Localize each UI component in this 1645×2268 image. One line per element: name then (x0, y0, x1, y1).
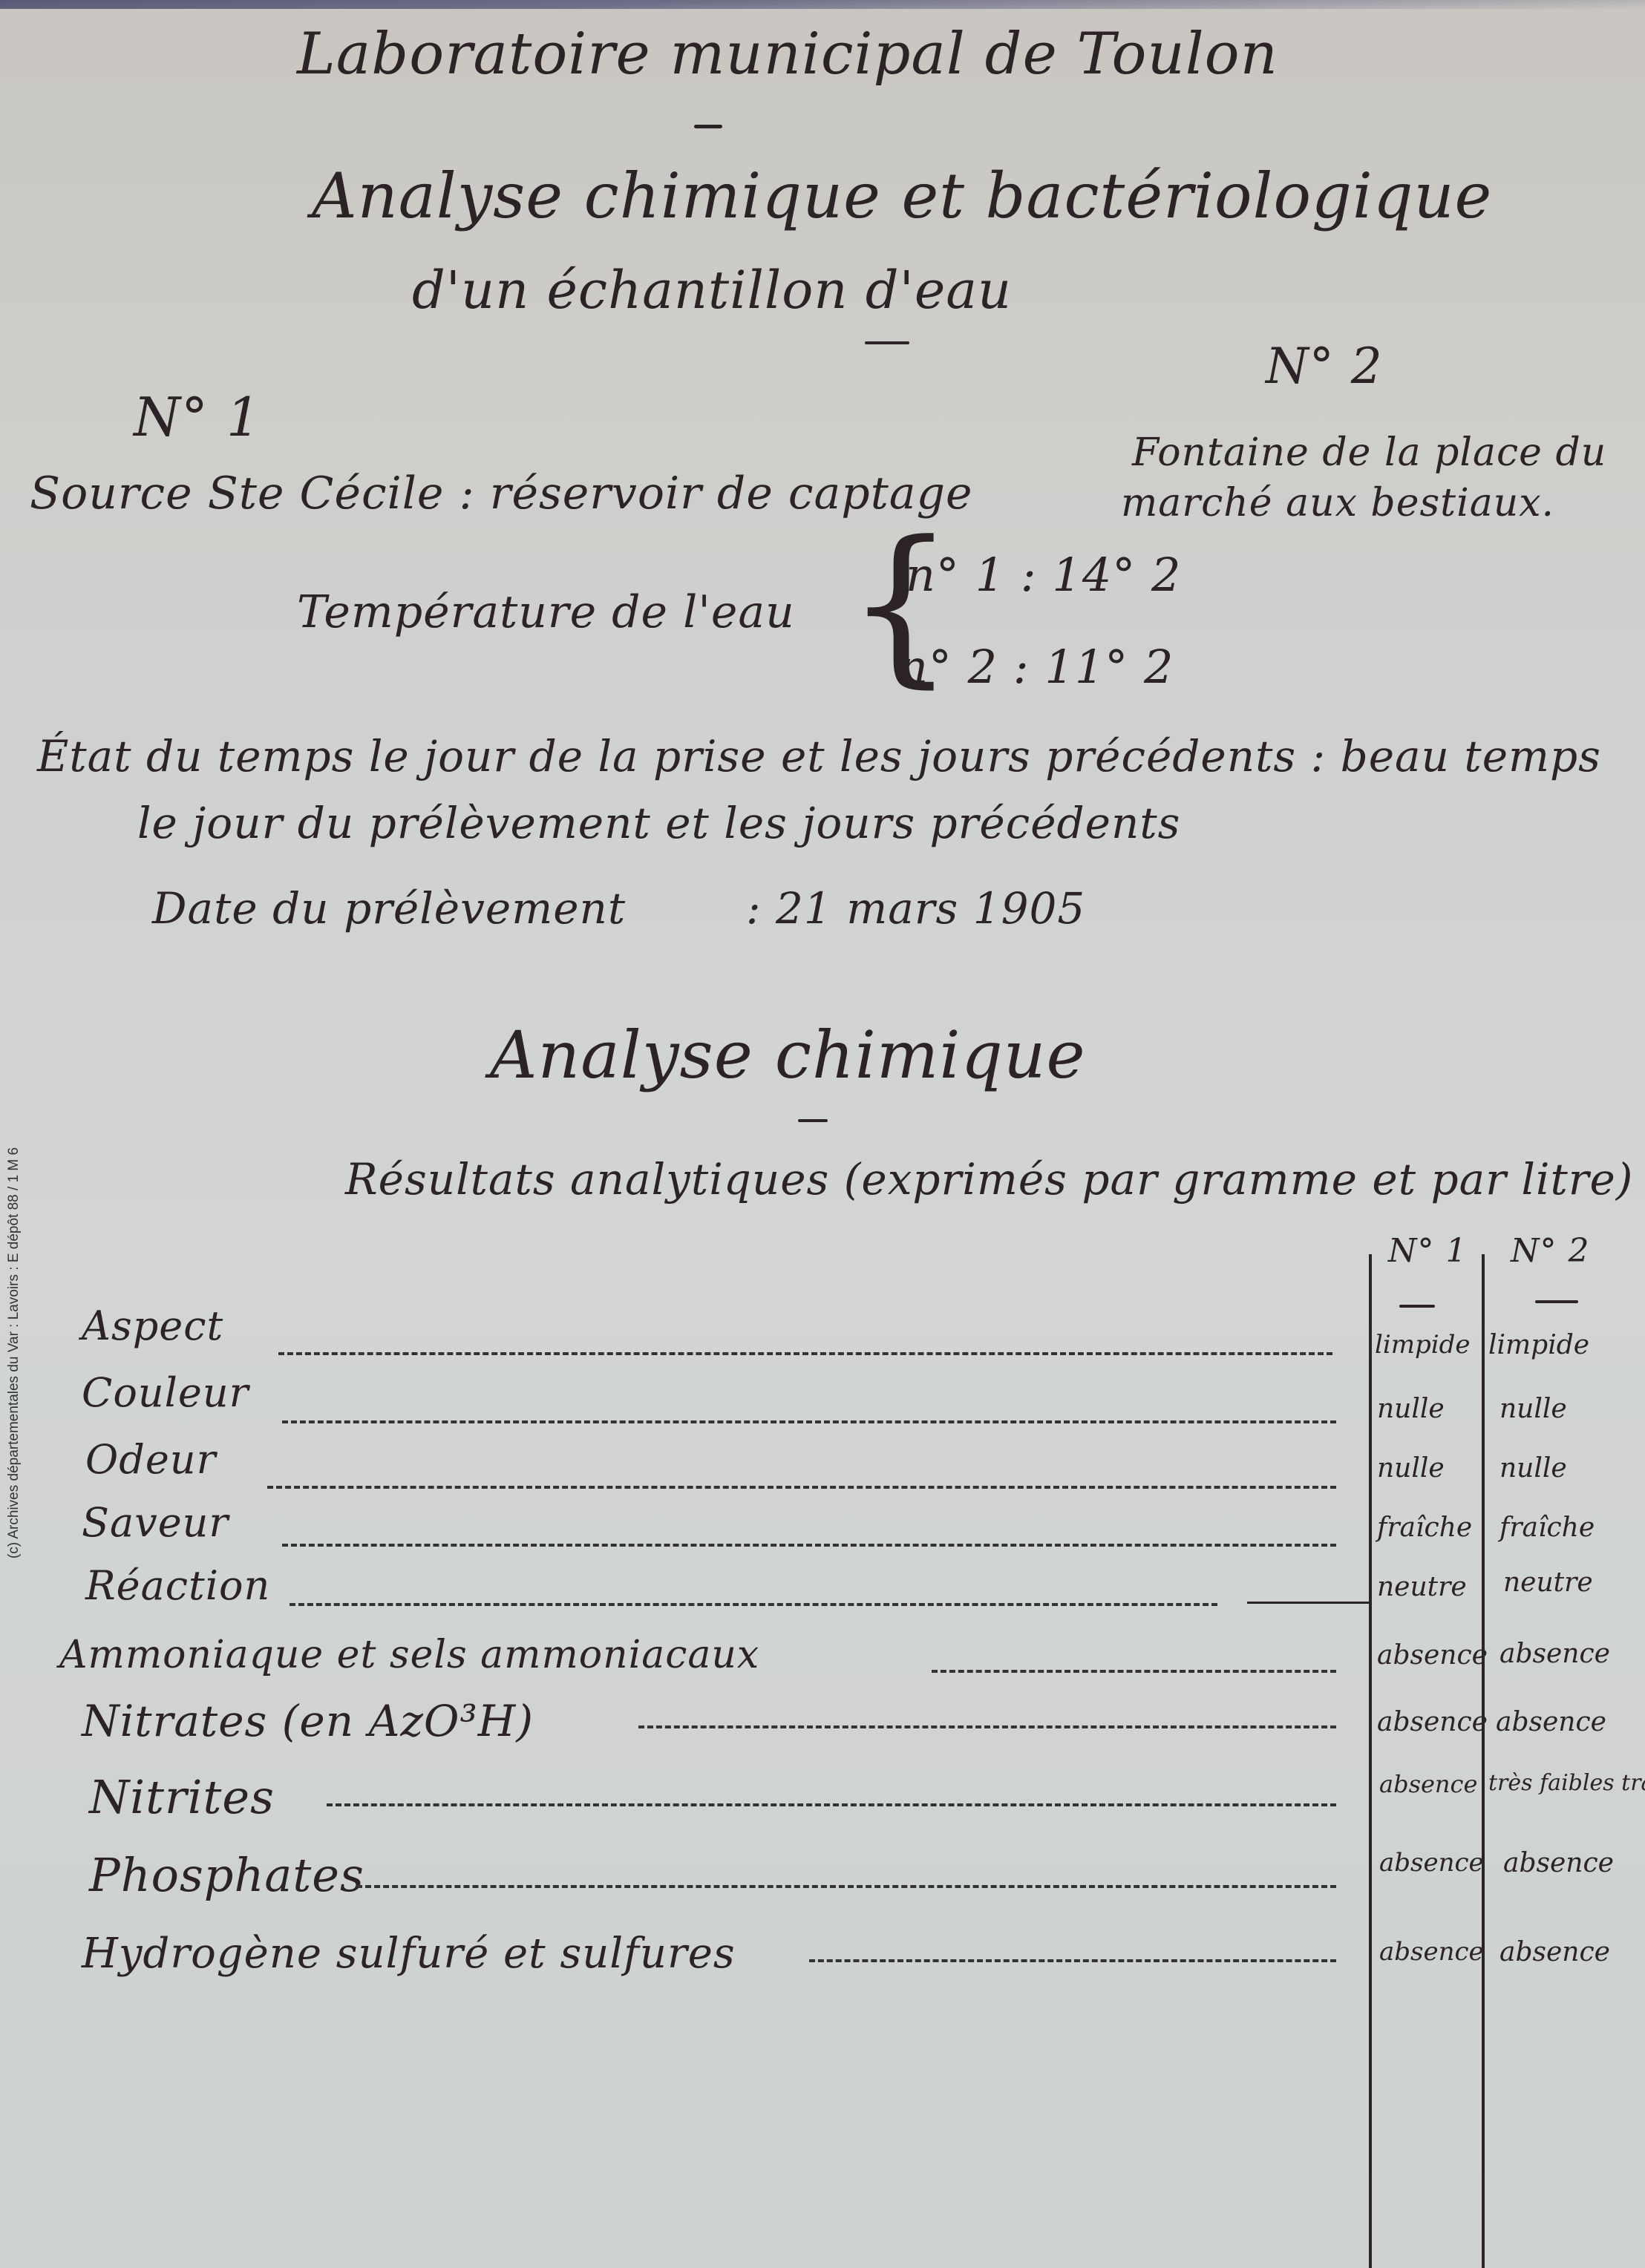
cell-n1-saveur: fraîche (1377, 1512, 1472, 1543)
column-rule-left (1369, 1254, 1372, 2268)
cell-n1-phosphates: absence (1379, 1848, 1484, 1878)
cell-n2-hydrogene-sulfure: absence (1500, 1937, 1610, 1967)
temperature-n2: n° 2 : 11° 2 (898, 640, 1174, 694)
row-label-nitrites: Nitrites (89, 1770, 275, 1824)
weather-line1: État du temps le jour de la prise et les… (37, 731, 1601, 781)
cell-n2-reaction: neutre (1503, 1567, 1593, 1598)
row-label-aspect: Aspect (82, 1302, 223, 1349)
row-label-saveur: Saveur (82, 1499, 229, 1546)
leader-line (267, 1486, 1336, 1489)
cell-n2-ammoniaque: absence (1500, 1639, 1610, 1669)
header-underline (1535, 1300, 1578, 1303)
cell-n2-odeur: nulle (1500, 1453, 1567, 1484)
leader-line (282, 1544, 1336, 1547)
cell-n2-nitrites: très faibles traces (1488, 1770, 1645, 1796)
cell-n1-ammoniaque: absence (1377, 1640, 1488, 1671)
row-label-reaction: Réaction (85, 1562, 270, 1609)
divider (694, 125, 722, 128)
leader-line (327, 1803, 1336, 1806)
divider (865, 341, 909, 344)
row-label-phosphates: Phosphates (89, 1848, 364, 1902)
row-label-odeur: Odeur (85, 1436, 216, 1483)
sample2-location-line1: Fontaine de la place du (1132, 430, 1606, 475)
divider (798, 1119, 828, 1122)
sample1-label: N° 1 (134, 386, 261, 448)
temperature-label: Température de l'eau (297, 586, 795, 638)
sample2-label: N° 2 (1266, 338, 1383, 395)
cell-n2-couleur: nulle (1500, 1394, 1567, 1424)
cell-n1-nitrates: absence (1377, 1707, 1488, 1737)
cell-n1-nitrites: absence (1379, 1770, 1477, 1798)
weather-line2: le jour du prélèvement et les jours préc… (137, 798, 1180, 848)
column-header-n1: N° 1 (1388, 1232, 1467, 1270)
cell-n2-saveur: fraîche (1500, 1512, 1595, 1543)
cell-n1-aspect: limpide (1375, 1330, 1471, 1360)
column-header-n2: N° 2 (1511, 1232, 1589, 1270)
row-label-couleur: Couleur (82, 1369, 249, 1416)
row-label-nitrates: Nitrates (en AzO³H) (82, 1696, 534, 1746)
cell-n2-aspect: limpide (1488, 1330, 1589, 1360)
archive-watermark: (c) Archives départementales du Var : La… (6, 1147, 22, 1559)
leader-line (290, 1603, 1217, 1606)
leader-line (356, 1885, 1336, 1888)
temperature-n1: n° 1 : 14° 2 (906, 548, 1181, 602)
document-title-line2: d'un échantillon d'eau (412, 260, 1012, 321)
leader-line (809, 1959, 1336, 1962)
column-rule-middle (1482, 1254, 1485, 2268)
section-title: Analyse chimique (490, 1017, 1086, 1093)
results-heading: Résultats analytiques (exprimés par gram… (345, 1154, 1633, 1205)
sampling-date-label: Date du prélèvement (152, 883, 626, 934)
leader-line (282, 1420, 1336, 1423)
cell-n1-odeur: nulle (1377, 1453, 1445, 1484)
sample1-location: Source Ste Cécile : réservoir de captage (30, 468, 973, 520)
sampling-date-value: : 21 mars 1905 (746, 883, 1085, 934)
row-label-ammoniaque: Ammoniaque et sels ammoniacaux (59, 1633, 759, 1677)
institution-heading: Laboratoire municipal de Toulon (297, 21, 1278, 88)
row-label-hydrogene-sulfure: Hydrogène sulfuré et sulfures (82, 1930, 736, 1978)
sample2-location-line2: marché aux bestiaux. (1121, 481, 1554, 525)
cell-n1-reaction: neutre (1377, 1572, 1467, 1602)
leader-line (638, 1725, 1336, 1728)
scan-top-edge (0, 0, 1645, 9)
leader-line (278, 1352, 1332, 1355)
cell-n2-phosphates: absence (1503, 1848, 1614, 1878)
cell-n1-couleur: nulle (1377, 1394, 1445, 1424)
leader-line (932, 1670, 1336, 1673)
header-underline (1399, 1305, 1435, 1308)
cell-n2-nitrates: absence (1496, 1707, 1606, 1737)
cell-n1-hydrogene-sulfure: absence (1379, 1937, 1484, 1967)
leader-line-solid (1247, 1602, 1370, 1604)
document-title-line1: Analyse chimique et bactériologique (312, 160, 1492, 232)
